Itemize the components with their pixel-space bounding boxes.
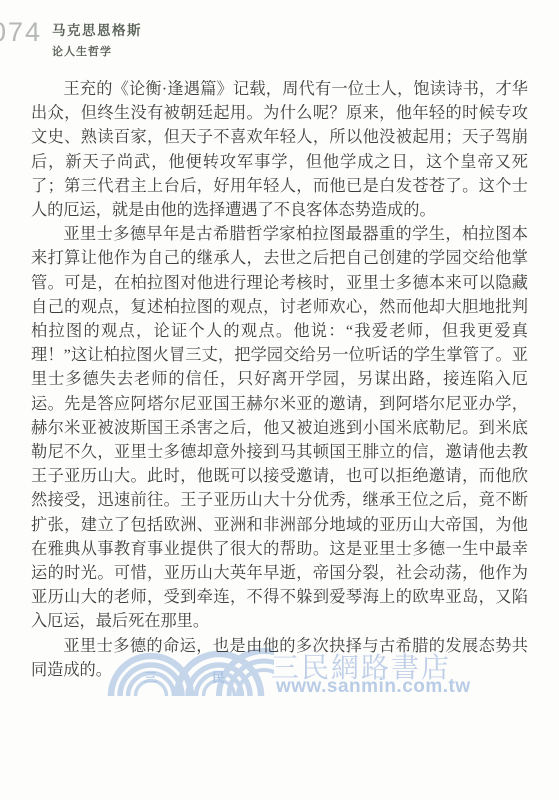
book-subtitle: 论人生哲学 xyxy=(52,43,142,59)
page-number: 074 xyxy=(0,17,42,48)
paragraph-aristotle-story: 亚里士多德早年是古希腊哲学家柏拉图最器重的学生，柏拉图本来打算让他作为自己的继承… xyxy=(31,222,528,633)
paragraph-conclusion: 亚里士多德的命运，也是由他的多次抉择与古希腊的发展态势共同造成的。 xyxy=(31,634,528,682)
paragraph-wangchong-story: 王充的《论衡·逢遇篇》记载，周代有一位士人，饱读诗书，才华出众，但终生没有被朝廷… xyxy=(31,77,528,222)
book-page: 074 马克思恩格斯 论人生哲学 王充的《论衡·逢遇篇》记载，周代有一位士人，饱… xyxy=(0,0,559,800)
book-title: 马克思恩格斯 xyxy=(52,19,142,39)
page-header: 马克思恩格斯 论人生哲学 xyxy=(52,19,142,59)
body-text: 王充的《论衡·逢遇篇》记载，周代有一位士人，饱读诗书，才华出众，但终生没有被朝廷… xyxy=(31,77,528,682)
